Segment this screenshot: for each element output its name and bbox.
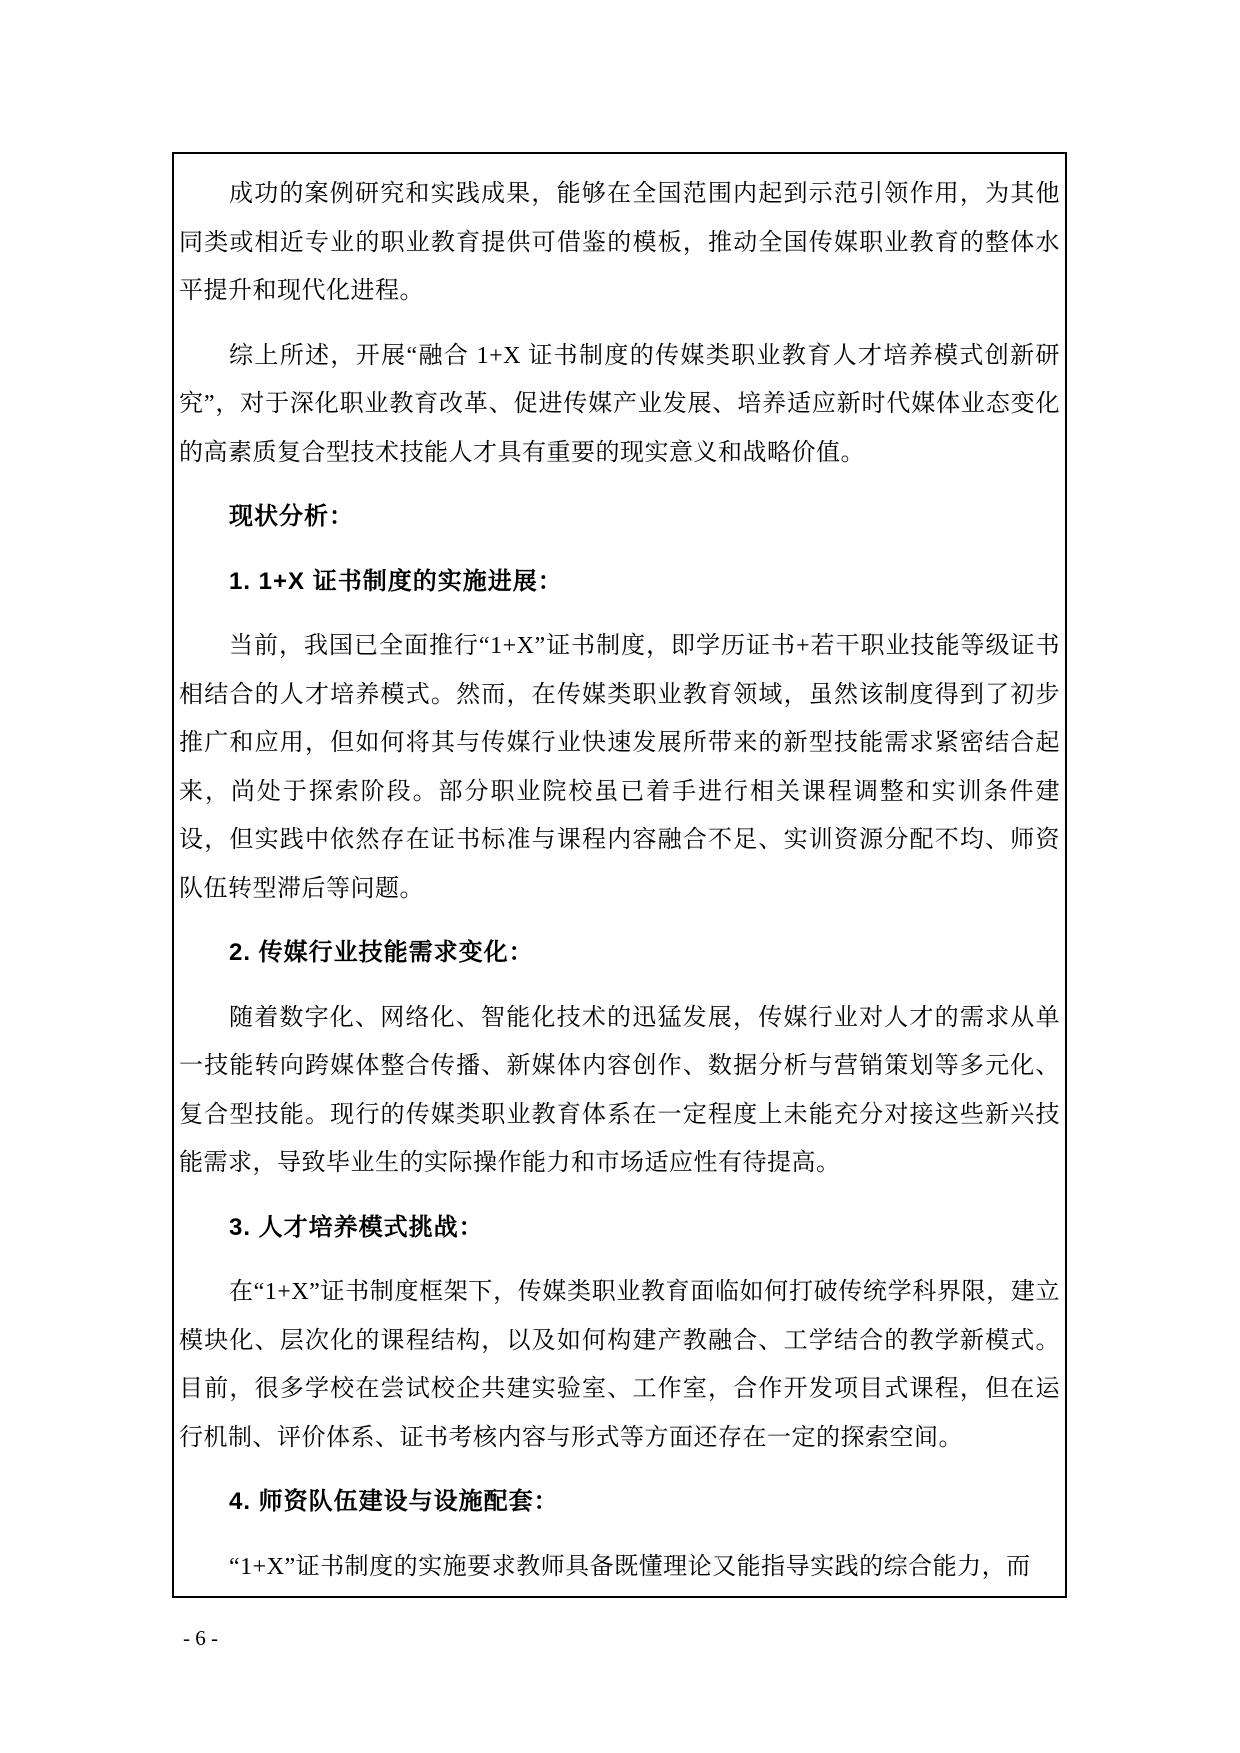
section-heading: 4. 师资队伍建设与设施配套：	[179, 1478, 1060, 1527]
paragraph: 成功的案例研究和实践成果，能够在全国范围内起到示范引领作用，为其他同类或相近专业…	[179, 170, 1060, 316]
document-page: { "page": { "number_label": "- 6 -" }, "…	[0, 0, 1240, 1753]
document-content-frame: 成功的案例研究和实践成果，能够在全国范围内起到示范引领作用，为其他同类或相近专业…	[172, 152, 1067, 1598]
page-background: 成功的案例研究和实践成果，能够在全国范围内起到示范引领作用，为其他同类或相近专业…	[0, 0, 1240, 1753]
section-heading: 2. 传媒行业技能需求变化：	[179, 929, 1060, 978]
section-heading: 1. 1+X 证书制度的实施进展：	[179, 558, 1060, 607]
section-heading: 现状分析：	[179, 493, 1060, 542]
paragraph: 综上所述，开展“融合 1+X 证书制度的传媒类职业教育人才培养模式创新研究”，对…	[179, 332, 1060, 478]
paragraph: 随着数字化、网络化、智能化技术的迅猛发展，传媒行业对人才的需求从单一技能转向跨媒…	[179, 994, 1060, 1188]
paragraph: 在“1+X”证书制度框架下，传媒类职业教育面临如何打破传统学科界限，建立模块化、…	[179, 1268, 1060, 1462]
section-heading: 3. 人才培养模式挑战：	[179, 1204, 1060, 1253]
page-number-label: - 6 -	[183, 1626, 218, 1651]
paragraph: 当前，我国已全面推行“1+X”证书制度，即学历证书+若干职业技能等级证书相结合的…	[179, 622, 1060, 913]
paragraph: “1+X”证书制度的实施要求教师具备既懂理论又能指导实践的综合能力，而	[179, 1543, 1060, 1592]
